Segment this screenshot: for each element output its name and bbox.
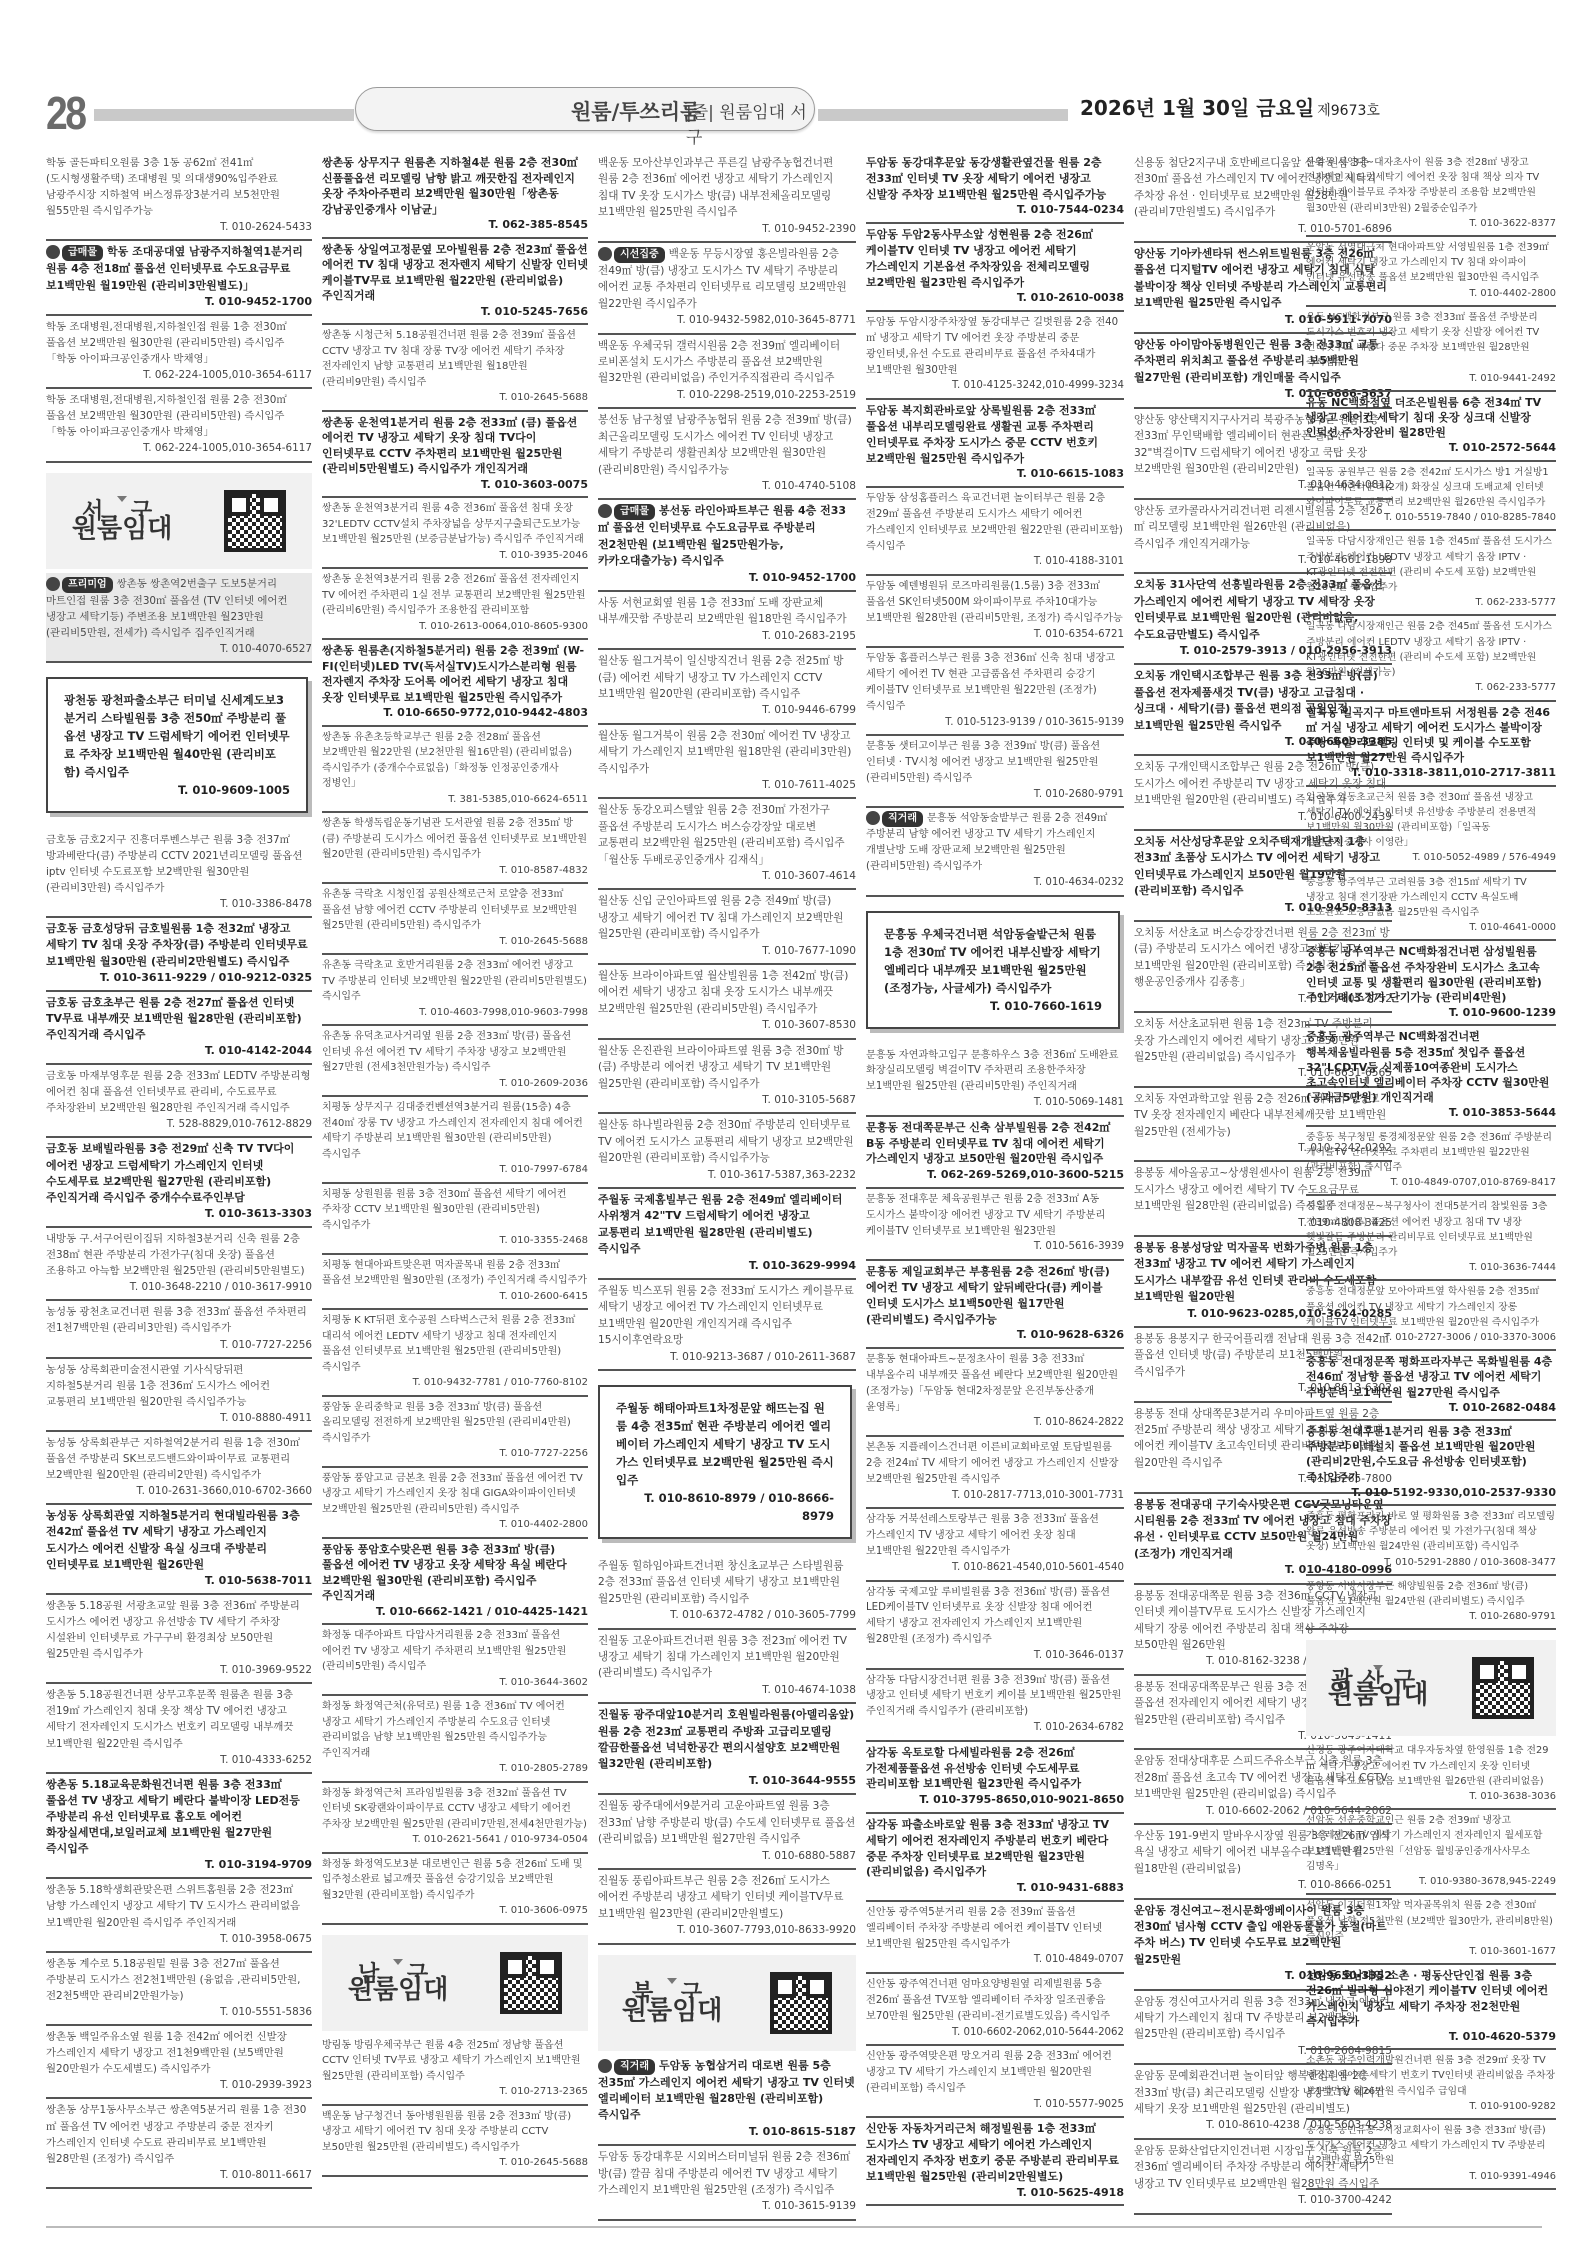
featured-ad-phone[interactable]: T. 010-9609-1005 — [64, 781, 290, 799]
ad-text: 문흥동 제일교회부근 부흥원룸 2층 전26㎡ 방(큼) 에어컨 TV 냉장고 … — [866, 1265, 1110, 1325]
ad-phone[interactable]: T. 010-3644-9555 — [598, 1773, 856, 1789]
ad-phone[interactable]: T. 010-3194-9709 — [46, 1857, 312, 1873]
classified-ad: 쌍촌동 5.18공원건너편 상무고후문쪽 원룸촌 원룸 3층 전19㎡ 가스레인… — [46, 1684, 312, 1773]
ad-phone[interactable]: T. 010-3105-5687 — [598, 1092, 856, 1108]
ad-phone[interactable]: T. 010-6880-5887 — [598, 1848, 856, 1864]
ad-phone[interactable]: T. 010-2624-5433 — [46, 219, 312, 235]
district-name: 광산구원룸임대 — [1328, 1673, 1428, 1703]
bell-icon — [598, 504, 612, 518]
ad-phone[interactable]: T. 010-4333-6252 — [46, 1752, 312, 1768]
ad-phone[interactable]: T. 010-3603-0075 — [322, 477, 588, 493]
ad-phone[interactable]: T. 010-3617-5387,363-2232 — [598, 1167, 856, 1183]
ad-phone[interactable]: T. 010-8615-5187 — [598, 2124, 856, 2140]
ad-text: 산정동 광주여자대학교 대우자동차옆 한영원룸 1층 전29㎡ 세탁기 냉장고 … — [1306, 1745, 1548, 1786]
ad-text: 소촌동 광주인력개발원건너편 원룸 3층 전29㎡ 옷장 TV 냉장고 에어컨 … — [1306, 2055, 1555, 2096]
ad-text: 중흥동 북구청밑 롱경체정문앞 원룸 2층 전36㎡ 주방분리 케이블TV 인터… — [1306, 1132, 1552, 1173]
ad-text: 진월동 고운아파트건너편 원룸 3층 전23㎡ 에어컨 TV 냉장고 세탁기 침… — [598, 1635, 847, 1680]
ad-phone[interactable]: T. 010-5638-7011 — [46, 1573, 312, 1589]
classified-ad: 풍암동 운리중학교 원룸 3층 전33㎡ 방(큼) 풀옵션 올리모델링 전전하게… — [322, 1397, 588, 1468]
ad-text: 화정동 화정역근처 프라임빌원룸 3층 전32㎡ 풀옵션 TV 인터넷 SK광랜… — [322, 1788, 587, 1830]
classified-ad: 문흥동 전대쪽문부근 신축 삼부빌원룸 2층 전42㎡ B동 주방분리 인터넷무… — [866, 1117, 1124, 1189]
ad-text: 쌍촌동 상무1동사무소부근 쌍촌역5분거리 원룸 1층 전30㎡ 풀옵션 TV … — [46, 2104, 306, 2164]
ad-text: 문흥동 자연과학고입구 문흥하우스 3층 전36㎡ 도배완료 화장실리모델링 벽… — [866, 1050, 1119, 1093]
classified-ad: 중흥동 전대후문1분거리 원룸 3층 전33㎡ 주방분리 비데설치 풀옵션 보1… — [1306, 1421, 1556, 1506]
ad-phone[interactable]: T. 010-9452-1700 — [598, 570, 856, 586]
ad-phone[interactable]: T. 010-4634-0232 — [866, 875, 1124, 891]
ad-phone[interactable]: T. 010-2634-6782 — [866, 1720, 1124, 1736]
classified-ad: 운암동 서영대근처 현대아파트앞 서영빌원룸 1층 전39㎡ 에어컨 세탁기 냉… — [1306, 237, 1556, 307]
ad-text: 유촌동 유덕초교사거리옆 원룸 2층 전33㎡ 방(큼) 풀옵션 인터넷 유선 … — [322, 1031, 571, 1073]
ad-phone[interactable]: T. 062-269-5269,010-3600-5215 — [866, 1167, 1124, 1183]
classified-ad: 중흥동 평화프라자 바로 옆 평화원룸 3층 전33㎡ 리모델링 완료 유선방송… — [1306, 1506, 1556, 1576]
ad-phone[interactable]: T. 010-7611-4025 — [598, 777, 856, 793]
classified-ad: 금호동 금호2지구 진흥더루벤스부근 원룸 3층 전37㎡ 방과베란다(큼) 주… — [46, 829, 312, 918]
classified-ad: 중흥동 전대정문~북구청사이 전대5분거리 참빛원룸 3층 전39㎡ 방(큼) … — [1306, 1196, 1556, 1281]
ad-phone[interactable]: T. 010-8587-4832 — [322, 863, 588, 879]
ad-text: 화정동 화정역근처(유덕로) 원룸 1층 전36㎡ TV 에어컨 냉장고 세탁기… — [322, 1701, 565, 1759]
classified-ad: 두암동 두암2동사무소앞 성현원룸 2층 전26㎡ 케이블TV 인터넷 TV 냉… — [866, 224, 1124, 312]
ad-text: 삼각동 다담시장건너편 원룸 3층 전39㎡ 방(큼) 풀옵션 냉장고 인터넷 … — [866, 1675, 1121, 1718]
subsection-prefix: |줄| — [686, 103, 714, 123]
ad-text: 쌍촌동 상무지구 원룸촌 지하철4분 원룸 2층 전30㎡ 신품풀옵션 리모델링… — [322, 156, 578, 216]
ad-text: 중흥동 광주역부근 NC백화점건너편 삼성빌원룸 2층 전25㎡ 풀옵션 주차장… — [1306, 945, 1542, 1004]
classified-ad: 일곡동 다담시장재인근 원룸 2층 전45㎡ 풀옵션 도시가스 주방분리 에어컨… — [1306, 616, 1556, 701]
ad-phone[interactable]: T. 010-5577-9025 — [866, 2097, 1124, 2113]
classified-ad: 송정동 농민유통~서정교회사이 원룸 3층 전33㎡ 방(큼) 도시가스 에어컨… — [1306, 2120, 1556, 2190]
classified-ad: 치평동 상원원룸 원룸 3층 전30㎡ 풀옵션 세탁기 에어컨 주차장 CCTV… — [322, 1184, 588, 1255]
featured-ad-phone[interactable]: T. 010-8610-8979 / 010-8666-8979 — [616, 1489, 834, 1525]
classified-ad: 진월동 고운아파트건너편 원룸 3층 전23㎡ 에어컨 TV 냉장고 세탁기 침… — [598, 1630, 856, 1705]
page-number: 28 — [46, 86, 84, 140]
ad-phone[interactable]: T. 381-5385,010-6624-6511 — [322, 792, 588, 808]
classified-ad: 문흥동 제일교회부근 부흥원룸 2층 전26㎡ 방(큼) 에어컨 TV 냉장고 … — [866, 1261, 1124, 1349]
ad-phone[interactable]: T. 010-9600-1239 — [1306, 1005, 1556, 1020]
ad-phone[interactable]: T. 010-2682-0484 — [1306, 1400, 1556, 1415]
ad-text: 두암동 복지회관바로앞 상록빌원룸 2층 전33㎡ 풀옵션 내부리모델링완료 생… — [866, 404, 1098, 464]
ad-phone[interactable]: T. 010-5616-3939 — [866, 1239, 1124, 1255]
ad-phone[interactable]: T. 010-5123-9139 / 010-3615-9139 — [866, 715, 1124, 731]
header-rule-left — [94, 109, 354, 121]
district-label: 북 구 — [622, 1986, 722, 2002]
ad-text: 쌍촌동 학생독립운동기념관 도서관옆 원룸 2층 전35㎡ 방(큼) 주방분리 … — [322, 818, 587, 860]
ad-badge: 프리미엄 — [62, 577, 113, 593]
ad-phone[interactable]: T. 010-2631-3660,010-6702-3660 — [46, 1483, 312, 1499]
ad-phone[interactable]: T. 010-2817-7713,010-3001-7731 — [866, 1488, 1124, 1504]
ad-phone[interactable]: T. 010-2609-2036 — [322, 1076, 588, 1092]
ad-badge: 직거래 — [614, 2059, 655, 2075]
ad-phone[interactable]: T. 010-3636-7444 — [1306, 1260, 1556, 1275]
qr-code-icon[interactable] — [224, 490, 286, 552]
ad-phone[interactable]: T. 010-3607-4614 — [598, 868, 856, 884]
ad-text: 농성동 상록회관부근 지하철역2분거리 원룸 1층 전30㎡ 풀옵션 주방분리 … — [46, 1437, 300, 1481]
classified-ad: 유촌동 극락초 시청인접 공원산책로근처 로얄층 전33㎡ 풀옵션 남향 에어컨… — [322, 884, 588, 955]
classified-ad: 두암동 삼성홈플러스 육교건너편 놀이터부근 원룸 2층 전29㎡ 풀옵션 주방… — [866, 488, 1124, 576]
ad-phone[interactable]: T. 062-233-5777 — [1306, 680, 1556, 695]
ad-text: 봉선동 남구청옆 남광주농협뒤 원룸 2층 전39㎡ 방(큼) 최근올리모델링 … — [598, 414, 852, 475]
classified-ad: 일곡동 공원부근 원룸 2층 전42㎡ 도시가스 방1 거실방1 풀옵션 베란다… — [1306, 462, 1556, 532]
classified-ad: 선암동 이지더원1차앞 먹자골목위치 원룸 2층 전30㎡ 풀옵션 남향 전5천… — [1306, 1895, 1556, 1965]
ad-phone[interactable]: T. 010-9380-3678,945-2249 — [1306, 1874, 1556, 1889]
classified-ad: 금호동 마재부영후문 원룸 2층 전33㎡ LEDTV 주방분리형 에어컨 침대… — [46, 1065, 312, 1138]
classified-ad: 유촌동 유덕초교사거리옆 원룸 2층 전33㎡ 방(큼) 풀옵션 인터넷 유선 … — [322, 1026, 588, 1097]
ad-phone[interactable]: T. 010-8624-2822 — [866, 1415, 1124, 1431]
ad-text: 운암동 서영대~대자초사이 원룸 3층 전28㎡ 냉장고 전자레인지 드럼세탁기… — [1306, 157, 1539, 214]
ad-phone[interactable]: T. 010-7997-6784 — [322, 1162, 588, 1178]
ad-phone[interactable]: T. 062-233-5777 — [1306, 595, 1556, 610]
ad-text: 일곡동 다담시장재인근 원룸 2층 전45㎡ 풀옵션 도시가스 주방분리 에어컨… — [1306, 621, 1552, 678]
ad-phone[interactable]: T. 010-6354-6721 — [866, 627, 1124, 643]
ad-text: 선암동 선운중학교인근 원룸 2층 전39㎡ 냉장고 가스레인지 TV 세탁기 … — [1306, 1815, 1542, 1872]
classified-ad: 내방동 구.서구어린이집뒤 지하철3분거리 신축 원룸 2층 전38㎡ 현관 주… — [46, 1228, 312, 1301]
bell-icon — [46, 577, 60, 591]
ad-text: 두암동 동강대후문 시외버스터미널뒤 원룸 2층 전36㎡ 방(큼) 깔끔 침대… — [598, 2151, 850, 2196]
ad-phone[interactable]: T. 010-9432-7781 / 010-7760-8102 — [322, 1375, 588, 1391]
classified-ad: 삼각동 옥토로할 다세빌라원룸 2층 전26㎡ 가전제품풀옵션 유선방송 인터넷… — [866, 1742, 1124, 1814]
ad-phone[interactable]: T. 010-8880-4911 — [46, 1410, 312, 1426]
district-label: 광산구 — [1328, 1673, 1428, 1688]
ad-text: 쌍촌동 운천역3분거리 원룸 2층 전26㎡ 풀옵션 전자레인지 TV 에어컨 … — [322, 574, 586, 616]
classified-ad: 운암동 서영대~대자초사이 원룸 3층 전28㎡ 냉장고 전자레인지 드럼세탁기… — [1306, 152, 1556, 237]
classified-ad: 풍암동 풍암호수맞은편 원룸 3층 전33㎡ 방(큼) 풀옵션 에어컨 TV 냉… — [322, 1539, 588, 1626]
header-rule-right — [818, 109, 1068, 121]
section-title: 원룸/투쓰리룸 — [571, 96, 700, 126]
ad-phone[interactable]: T. 010-9628-6326 — [866, 1327, 1124, 1343]
ad-text: 치평동 상무지구 김대중컨벤션역3분거리 원룸(15층) 4층 전40㎡ 장롱 … — [322, 1102, 583, 1160]
ad-phone[interactable]: T. 010-3644-3602 — [322, 1675, 588, 1691]
ad-phone[interactable]: T. 010-2645-5688 — [322, 934, 588, 950]
classified-ad: 쌍촌동 상무1동사무소부근 쌍촌역5분거리 원룸 1층 전30㎡ 풀옵션 TV … — [46, 2099, 312, 2188]
ad-phone[interactable]: T. 010-2939-3923 — [46, 2077, 312, 2093]
ad-phone[interactable]: T. 010-4641-0000 — [1306, 920, 1556, 935]
ad-text: 금호동 금호성당뒤 금호빌원룸 1층 전32㎡ 냉장고 세탁기 TV 침대 옷장… — [46, 922, 308, 967]
district-header: 서 구원룸임대 — [46, 473, 312, 569]
classified-ad: 일곡동 다담시장재인근 원룸 1층 전45㎡ 풀옵션 도시가스 주방분리 에어컨… — [1306, 531, 1556, 616]
ad-text: 주월동 국제홈빌부근 원룸 2층 전49㎡ 엘리베이터 사위챙겨 42"TV 드… — [598, 1193, 842, 1255]
classified-ad: 사동 서현교회옆 원룸 1층 전33㎡ 도배 장판교체 내부깨끗함 주방분리 보… — [598, 592, 856, 650]
footer-rule — [46, 2226, 1542, 2228]
ad-phone[interactable]: T. 010-2680-9791 — [866, 787, 1124, 803]
ad-text: 월산동 월그거북이 일신방직건너 원룸 2층 전25㎡ 방(큼) 에어컨 세탁기… — [598, 655, 843, 700]
ad-text: 중흥동 전대후문1분거리 원룸 3층 전33㎡ 주방분리 비데설치 풀옵션 보1… — [1306, 1425, 1536, 1484]
classified-ad: 금호동 보배빌라원룸 3층 전29㎡ 신축 TV TV다이 에어컨 냉장고 드럼… — [46, 1138, 312, 1227]
featured-ad-box: 광천동 광천파출소부근 터미널 신세계도보3분거리 스타빌원룸 3층 전50㎡ … — [46, 677, 308, 813]
ad-phone[interactable]: T. 010-2680-9791 — [1306, 1609, 1556, 1624]
classified-ad: 유동 NC백화점옆 더조은빌원룸 6층 전34㎡ TV 냉장고 에어컨 세탁기 … — [1306, 392, 1556, 462]
ad-phone[interactable]: T. 010-3613-3303 — [46, 1206, 312, 1222]
ad-text: 문흥동 현대아파트~문정초사이 원룸 3층 전33㎡ 내부올수리 내부깨끗 풀옵… — [866, 1354, 1118, 1412]
ad-text: 두암동 삼성홈플러스 육교건너편 놀이터부근 원룸 2층 전29㎡ 풀옵션 주방… — [866, 493, 1123, 551]
classified-ad: 학동 조대병원,전대병원,지하철인접 원룸 2층 전30㎡ 풀옵션 보2백만원 … — [46, 389, 312, 462]
ad-text: 치평동 현대아파트맞은편 먹자골목내 원룸 2층 전33㎡ 풀옵션 보2백만원 … — [322, 1260, 587, 1287]
ad-text: 쌍촌동 5.18교육문화원건너편 원룸 3층 전33㎡ 풀옵션 TV 냉장고 세… — [46, 1778, 300, 1855]
classified-ad: 신안동 자동차거리근처 해정빌원룸 1층 전33㎡ 도시가스 TV 냉장고 세탁… — [866, 2118, 1124, 2206]
ad-phone[interactable]: T. 010-9452-1700 — [46, 294, 312, 310]
ad-text: 진월동 광주대에서9분거리 고운아파트옆 원룸 3층 전33㎡ 남향 주방분리 … — [598, 1800, 855, 1845]
date-text: 2026년 1월 30일 금요일 — [1080, 96, 1314, 120]
ad-text: 금호동 금호초부근 원룸 2층 전27㎡ 풀옵션 인터넷 TV무료 내부깨끗 보… — [46, 996, 302, 1041]
classified-ad: 백운동 모아산부인과부근 푸른길 남광주농협건너편 원룸 2층 전36㎡ 에어컨… — [598, 152, 856, 243]
ad-phone[interactable]: T. 010-4188-3101 — [866, 554, 1124, 570]
ad-phone[interactable]: T. 010-5519-7840 / 010-8285-7840 — [1306, 510, 1556, 525]
ad-phone[interactable]: T. 010-2572-5644 — [1306, 440, 1556, 455]
classified-ad: 일곡동 일곡지구 마트앤마트뒤 서정원룸 2층 전46㎡ 거실 냉장고 세탁기 … — [1306, 702, 1556, 787]
ad-phone[interactable]: T. 010-9213-3687 / 010-2611-3687 — [598, 1349, 856, 1365]
classified-ad: 치평동 상무지구 김대중컨벤션역3분거리 원룸(15층) 4층 전40㎡ 장롱 … — [322, 1097, 588, 1184]
ad-phone[interactable]: T. 010-6615-1083 — [866, 466, 1124, 482]
ad-phone[interactable]: T. 010-5291-2880 / 010-3608-3477 — [1306, 1555, 1556, 1570]
classified-ad: 금호동 금호성당뒤 금호빌원룸 1층 전32㎡ 냉장고 세탁기 TV 침대 옷장… — [46, 918, 312, 991]
classified-ad: 시선집중백운동 무등시장옆 홍은빌라원룸 2층 전49㎡ 방(큼) 냉장고 도시… — [598, 243, 856, 335]
classified-ad: 진월동 광주대앞10분거리 호원빌라원룸(아델리움앞) 원룸 2층 전23㎡ 교… — [598, 1704, 856, 1795]
ad-text: 진월동 풍림아파트부근 원룸 2층 전26㎡ 도시가스 에어컨 주방분리 냉장고… — [598, 1875, 843, 1920]
classified-ad: 백운동 남구청건너 동아병원원룸 원룸 2층 전33㎡ 방(큼) 냉장고 세탁기… — [322, 2106, 588, 2177]
ad-phone[interactable]: T. 010-6602-2062,010-5644-2062 — [866, 2025, 1124, 2041]
ad-phone[interactable]: T. 010-7727-2256 — [322, 1446, 588, 1462]
ad-text: 삼각동 파출소바로앞 원룸 3층 전33㎡ 냉장고 TV 세탁기 에어컨 전자레… — [866, 1818, 1109, 1878]
classified-ad: 일곡동 일동초교근처 원룸 3층 전30㎡ 풀옵션 냉장고 세탁기 TV 에어컨… — [1306, 787, 1556, 872]
ad-phone[interactable]: T. 010-3622-8377 — [1306, 216, 1556, 231]
classified-ad: 월산동 브라이아파트옆 월산빌원룸 1층 전42㎡ 방(큼) 에어컨 세탁기 냉… — [598, 965, 856, 1040]
ad-text: 신안동 자동차거리근처 해정빌원룸 1층 전33㎡ 도시가스 TV 냉장고 세탁… — [866, 2122, 1119, 2182]
bell-icon — [866, 811, 880, 825]
classified-ad: 삼각동 파출소바로앞 원룸 3층 전33㎡ 냉장고 TV 세탁기 에어컨 전자레… — [866, 1814, 1124, 1902]
ad-phone[interactable]: T. 010-8621-4540,010-5601-4540 — [866, 1560, 1124, 1576]
classified-ad: 산정동 광주여자대학교 대우자동차옆 한영원룸 1층 전29㎡ 세탁기 냉장고 … — [1306, 1740, 1556, 1810]
classified-ad: 프리미엄쌍촌동 쌍촌역2번출구 도보5분거리 마트인접 원룸 3층 전30㎡ 풀… — [46, 573, 312, 663]
ad-phone[interactable]: T. 010-5192-9330,010-2537-9330 — [1306, 1485, 1556, 1500]
classified-ad: 쌍촌동 운천역3분거리 원룸 2층 전26㎡ 풀옵션 전자레인지 TV 에어컨 … — [322, 569, 588, 640]
classified-ad: 월산동 동강오피스텔앞 원룸 2층 전30㎡ 가전가구 풀옵션 주방분리 도시가… — [598, 799, 856, 890]
ad-phone[interactable]: T. 010-3958-0675 — [46, 1931, 312, 1947]
ad-phone[interactable]: T. 010-3615-9139 — [598, 2198, 856, 2214]
ad-phone[interactable]: T. 010-6372-4782 / 010-3605-7799 — [598, 1607, 856, 1623]
section-banner: 원룸/투쓰리룸 |줄| 원룸임대 서구 — [355, 87, 815, 131]
ad-text: 일곡동 일곡지구 마트앤마트뒤 서정원룸 2층 전46㎡ 거실 냉장고 세탁기 … — [1306, 706, 1550, 765]
ad-text: 신안동 광주역5분거리 원룸 2층 전39㎡ 풀옵션 엘리베이터 주차장 주방분… — [866, 1907, 1102, 1950]
ad-phone[interactable]: T. 062-224-1005,010-3654-6117 — [46, 440, 312, 456]
ad-phone[interactable]: T. 010-7727-2256 — [46, 1337, 312, 1353]
ad-phone[interactable]: T. 010-9452-2390 — [598, 221, 856, 237]
classified-ad: 봉선동 남구청옆 남광주농협뒤 원룸 2층 전39㎡ 방(큼) 최근올리모델링 … — [598, 409, 856, 500]
ad-phone[interactable]: T. 010-2805-2789 — [322, 1761, 588, 1777]
ad-phone[interactable]: T. 010-9432-5982,010-3645-8771 — [598, 312, 856, 328]
ad-phone[interactable]: T. 010-2727-3006 / 010-3370-3006 — [1306, 1330, 1556, 1345]
classified-ad: 쌍촌동 학생독립운동기념관 도서관옆 원룸 2층 전35㎡ 방(큼) 주방분리 … — [322, 813, 588, 884]
classified-ad: 선암동 호남대옆 소촌 · 평동산단인접 원룸 3층 전26㎡ 빌라형 심야전기… — [1306, 1965, 1556, 2050]
ad-phone[interactable]: T. 010-9441-2492 — [1306, 371, 1556, 386]
ad-phone[interactable]: T. 010-9100-9282 — [1306, 2099, 1556, 2114]
ad-text: 사동 서현교회옆 원룸 1층 전33㎡ 도배 장판교체 내부깨끗함 주방분리 보… — [598, 597, 847, 625]
ad-phone[interactable]: T. 010-9391-4946 — [1306, 2169, 1556, 2184]
ad-text: 유동 NC백화점부근 원룸 3층 전33㎡ 풀옵션 주방분리 도시가스 번호키 … — [1306, 312, 1539, 369]
classified-ad: 문흥동 자연과학고입구 문흥하우스 3층 전36㎡ 도배완료 화장실리모델링 벽… — [866, 1045, 1124, 1117]
subsection-title: |줄| 원룸임대 서구 — [686, 98, 814, 148]
ad-phone[interactable]: T. 010-4402-2800 — [322, 1517, 588, 1533]
ad-text: 백운동 모아산부인과부근 푸른길 남광주농협건너편 원룸 2층 전36㎡ 에어컨… — [598, 157, 833, 218]
classified-ad: 풍암동 풍암고교 금본초 원룸 2층 전33㎡ 풀옵션 에어컨 TV 냉장고 세… — [322, 1468, 588, 1539]
classified-ad: 진월동 광주대에서9분거리 고운아파트옆 원룸 3층 전33㎡ 남향 주방분리 … — [598, 1795, 856, 1870]
classified-ad: 본촌동 지플레이스건너편 이른비교회바로옆 토담빌원룸 2층 전24㎡ TV 세… — [866, 1437, 1124, 1509]
ad-text: 주월동 힐하임아파트건너편 창신초교부근 스타빌원룸 2층 전33㎡ 풀옵션 인… — [598, 1560, 843, 1605]
ad-badge: 시선집중 — [614, 247, 665, 263]
classified-ad: 중흥동 북구청밑 롱경체정문앞 원룸 2층 전36㎡ 주방분리 케이블TV 인터… — [1306, 1127, 1556, 1197]
ad-text: 중흥동 전대정문~북구청사이 전대5분거리 참빛원룸 3층 전39㎡ 방(큼) … — [1306, 1201, 1547, 1258]
qr-code-icon[interactable] — [770, 1972, 832, 2034]
ad-text: 문흥동 샛터고이부근 원룸 3층 전39㎡ 방(큼) 풀옵션 인터넷 · TV시… — [866, 741, 1100, 784]
ad-text: 신안동 광주역맞은편 망오거리 원룸 2층 전33㎡ 에어컨 냉장고 TV 세탁… — [866, 2051, 1112, 2094]
ad-phone[interactable]: T. 010-5551-5836 — [46, 2004, 312, 2020]
ad-phone[interactable]: T. 010-2610-0038 — [866, 290, 1124, 306]
ad-phone[interactable]: T. 010-5069-1481 — [866, 1095, 1124, 1111]
ad-text: 학동 조대병원,전대병원,지하철인접 원룸 1층 전30㎡ 풀옵션 보2백만원 … — [46, 321, 287, 365]
classified-ad: 문흥동 샛터고이부근 원룸 3층 전39㎡ 방(큼) 풀옵션 인터넷 · TV시… — [866, 736, 1124, 808]
ad-phone[interactable]: T. 010-3611-9229 / 010-9212-0325 — [46, 970, 312, 986]
classified-ad: 신안동 광주역맞은편 망오거리 원룸 2층 전33㎡ 에어컨 냉장고 TV 세탁… — [866, 2046, 1124, 2118]
ad-phone[interactable]: T. 010-9431-6883 — [866, 1880, 1124, 1896]
ad-phone[interactable]: T. 010-3648-2210 / 010-3617-9910 — [46, 1279, 312, 1295]
ad-phone[interactable]: T. 010-4142-2044 — [46, 1043, 312, 1059]
ad-text: 쌍촌동 계수로 5.18공원밑 원룸 3층 전27㎡ 풀옵션 주방분리 도시가스… — [46, 1958, 301, 2002]
ad-phone[interactable]: T. 010-2621-5641 / 010-9734-0504 — [322, 1832, 588, 1848]
ad-phone[interactable]: T. 528-8829,010-7612-8829 — [46, 1116, 312, 1132]
ad-phone[interactable]: T. 010-4849-0707 — [866, 1952, 1124, 1968]
ad-phone[interactable]: T. 010-7677-1090 — [598, 943, 856, 959]
ad-phone[interactable]: T. 010-3601-1677 — [1306, 1944, 1556, 1959]
ad-phone[interactable]: T. 010-3795-8650,010-9021-8650 — [866, 1792, 1124, 1808]
ad-text: 중흥동 평화프라자 바로 옆 평화원룸 3층 전33㎡ 리모델링 완료 유선방송… — [1306, 1511, 1555, 1552]
ad-phone[interactable]: T. 010-4070-6527 — [46, 641, 312, 657]
ad-phone[interactable]: T. 010-2713-2365 — [322, 2084, 588, 2100]
classified-ad: 쌍촌동 5.18공원 서광초교앞 원룸 3층 전36㎡ 주방분리 도시가스 에어… — [46, 1595, 312, 1684]
featured-ad-phone[interactable]: T. 010-7660-1619 — [884, 997, 1102, 1015]
ad-phone[interactable]: T. 010-2645-5688 — [322, 390, 588, 406]
ad-phone[interactable]: T. 010-2683-2195 — [598, 628, 856, 644]
classified-ad: 쌍촌동 계수로 5.18공원밑 원룸 3층 전27㎡ 풀옵션 주방분리 도시가스… — [46, 1953, 312, 2026]
ad-phone[interactable]: T. 010-3629-9994 — [598, 1258, 856, 1274]
ad-phone[interactable]: T. 010-3318-3811,010-2717-3811 — [1306, 765, 1556, 780]
ad-phone[interactable]: T. 010-2298-2519,010-2253-2519 — [598, 387, 856, 403]
classified-ad: 삼각동 다담시장건너편 원룸 3층 전39㎡ 방(큼) 풀옵션 냉장고 인터넷 … — [866, 1670, 1124, 1742]
featured-ad-text: 주월동 해태아파트1차정문앞 해뜨는집 원룸 4층 전35㎡ 현관 주방분리 에… — [616, 1401, 834, 1487]
classified-ad: 학동 골든파티오원룸 3층 1동 공62㎡ 전41㎡ (도시형생활주택) 조대병… — [46, 152, 312, 241]
ad-phone[interactable]: T. 010-4740-5108 — [598, 478, 856, 494]
ad-phone[interactable]: T. 010-4125-3242,010-4999-3234 — [866, 378, 1124, 394]
ad-phone[interactable]: T. 010-6662-1421 / 010-4425-1421 — [322, 1604, 588, 1620]
ad-text: 진월동 광주대앞10분거리 호원빌라원룸(아델리움앞) 원룸 2층 전23㎡ 교… — [598, 1708, 854, 1770]
ad-text: 문흥동 전대후문 체육공원부근 원룸 2층 전33㎡ A동 도시가스 붙박이장 … — [866, 1194, 1105, 1237]
qr-code-icon[interactable] — [1472, 1657, 1534, 1719]
classified-ad: 두암동 동강대후문앞 동강생활관옆건물 원룸 2층 전33㎡ 인터넷 TV 옷장… — [866, 152, 1124, 224]
ad-phone[interactable]: T. 010-3638-3036 — [1306, 1789, 1556, 1804]
classified-ad: 쌍촌동 상일여고정문옆 모아빌원룸 2층 전23㎡ 풀옵션 에어컨 TV 침대 … — [322, 239, 588, 326]
classified-ad: 쌍촌동 원룸촌(지하철5분거리) 원룸 2층 전39㎡ (W-FI(인터넷)LE… — [322, 640, 588, 727]
ad-text: 유동 NC백화점옆 더조은빌원룸 6층 전34㎡ TV 냉장고 에어컨 세탁기 … — [1306, 396, 1541, 439]
ad-phone[interactable]: T. 010-9446-6799 — [598, 702, 856, 718]
classified-ad: 문흥동 현대아파트~문정초사이 원룸 3층 전33㎡ 내부올수리 내부깨끗 풀옵… — [866, 1349, 1124, 1437]
ad-phone[interactable]: T. 010-3646-0137 — [866, 1648, 1124, 1664]
ad-phone[interactable]: T. 010-4603-7998,010-9603-7998 — [322, 1005, 588, 1021]
ad-phone[interactable]: T. 010-5052-4989 / 576-4949 — [1306, 850, 1556, 865]
ad-text: 유촌동 극락초 시청인접 공원산책로근처 로얄층 전33㎡ 풀옵션 남향 에어컨… — [322, 889, 577, 931]
ad-text: 농성동 광천초교건너편 원룸 3층 전33㎡ 풀옵션 주차편리 전1천7백만원 … — [46, 1306, 307, 1334]
ad-text: 두암동 두암시장주차장옆 동강대부근 길벗원룸 2층 전40㎡ 냉장고 세탁기 … — [866, 317, 1118, 375]
ad-badge: 급매물 — [614, 504, 655, 520]
ad-phone[interactable]: T. 010-4402-2800 — [1306, 286, 1556, 301]
ad-phone[interactable]: T. 062-224-1005,010-3654-6117 — [46, 367, 312, 383]
classified-ad: 화정동 화정역도보3분 대로변인근 원룸 5층 전26㎡ 도배 및 입주청소완료… — [322, 1854, 588, 1925]
ad-badge: 급매물 — [62, 245, 103, 261]
ad-text: 쌍촌동 유촌초등학교부근 원룸 2층 전28㎡ 풀옵션 보2백만원 월22만원 … — [322, 732, 572, 790]
ad-text: 화정동 대주아파트 다압사거리원룸 2층 전33㎡ 풀옵션 에어컨 TV 냉장고… — [322, 1630, 566, 1672]
ad-phone[interactable]: T. 010-3853-5644 — [1306, 1105, 1556, 1120]
ad-phone[interactable]: T. 010-7544-0234 — [866, 202, 1124, 218]
district-label: 서 구 — [72, 504, 172, 520]
classified-ad: 풍향동 서방시장부근 해양빌원룸 2층 전36㎡ 방(큼) 풀옵션 보1백만원 … — [1306, 1576, 1556, 1631]
masthead: 28 원룸/투쓰리룸 |줄| 원룸임대 서구 2026년 1월 30일 금요일제… — [0, 60, 1588, 140]
ad-phone[interactable]: T. 010-4620-5379 — [1306, 2029, 1556, 2044]
classified-ad: 주월동 빅스포뒤 원룸 2층 전33㎡ 도시가스 케이블무료 세탁기 냉장고 에… — [598, 1280, 856, 1371]
ad-phone[interactable]: T. 010-3607-7793,010-8633-9920 — [598, 1922, 856, 1938]
district-name: 서 구원룸임대 — [72, 504, 172, 536]
ad-phone[interactable]: T. 062-385-8545 — [322, 217, 588, 233]
ad-text: 월산동 신입 군인아파트옆 원룸 2층 전49㎡ 방(큼) 냉장고 세탁기 에어… — [598, 895, 843, 940]
classified-ad: 선암동 선운중학교인근 원룸 2층 전39㎡ 냉장고 가스레인지 TV 세탁기 … — [1306, 1810, 1556, 1895]
classified-ad: 치평동 현대아파트맞은편 먹자골목내 원룸 2층 전33㎡ 풀옵션 보2백만원 … — [322, 1255, 588, 1311]
classified-ad: 화정동 대주아파트 다압사거리원룸 2층 전33㎡ 풀옵션 에어컨 TV 냉장고… — [322, 1625, 588, 1696]
featured-ad-box: 문흥동 우체국건너편 석암동술밭근처 원룸 1층 전30㎡ TV 에어컨 내부신… — [866, 911, 1120, 1029]
ad-text: 일곡동 일동초교근처 원룸 3층 전30㎡ 풀옵션 냉장고 세탁기 TV 에어컨… — [1306, 792, 1536, 849]
ad-phone[interactable]: T. 010-2600-6415 — [322, 1289, 588, 1305]
ad-phone[interactable]: T. 010-4849-0707,010-8769-8417 — [1306, 1175, 1556, 1190]
ad-text: 쌍촌동 백일주유소옆 원룸 1층 전42㎡ 에어컨 신발장 가스레인지 세탁기 … — [46, 2031, 287, 2075]
classified-ad: 쌍촌동 운천역1분거리 원룸 2층 전33㎡ (큼) 풀옵션 에어컨 TV 냉장… — [322, 412, 588, 499]
ad-phone[interactable]: T. 010-5625-4918 — [866, 2185, 1124, 2201]
ad-phone[interactable]: T. 010-3969-9522 — [46, 1662, 312, 1678]
ad-text: 두암동 홈플러스부근 원룸 3층 전36㎡ 신축 침대 냉장고 세탁기 에어컨 … — [866, 653, 1115, 711]
classified-ad: 학동 조대병원,전대병원,지하철인접 원룸 1층 전30㎡ 풀옵션 보2백만원 … — [46, 316, 312, 389]
ad-text: 쌍촌동 운천역3분거리 원룸 4층 전36㎡ 풀옵션 침대 옷장 32'LEDT… — [322, 503, 584, 545]
classified-ad: 중흥동 전대정문앞 모아아파트옆 학사원룸 2층 전35㎡ 풀옵션 에어컨 TV… — [1306, 1281, 1556, 1351]
ad-text: 중흥동 광주역부근 고려원룸 3층 전15㎡ 세탁기 TV 냉장고 침대 전기장… — [1306, 877, 1527, 918]
ad-text: 학동 골든파티오원룸 3층 1동 공62㎡ 전41㎡ (도시형생활주택) 조대병… — [46, 157, 280, 217]
classified-ad: 월산동 하나빌라원룸 2층 전30㎡ 주방분리 인터넷무료 TV 에어컨 도시가… — [598, 1114, 856, 1189]
qr-code-icon[interactable] — [500, 1952, 562, 2014]
ad-phone[interactable]: T. 010-3386-8478 — [46, 896, 312, 912]
ad-phone[interactable]: T. 010-8011-6617 — [46, 2167, 312, 2183]
ad-phone[interactable]: T. 010-5245-7656 — [322, 304, 588, 320]
ad-phone[interactable]: T. 010-3935-2046 — [322, 548, 588, 564]
classified-ad: 월산동 월그거북이 일신방직건너 원룸 2층 전25㎡ 방(큼) 에어컨 세탁기… — [598, 650, 856, 725]
ad-phone[interactable]: T. 010-3607-8530 — [598, 1017, 856, 1033]
ad-text: 두암동 동강대후문앞 동강생활관옆건물 원룸 2층 전33㎡ 인터넷 TV 옷장… — [866, 156, 1106, 201]
ad-phone[interactable]: T. 010-3355-2468 — [322, 1233, 588, 1249]
ad-text: 중흥동 광주역부근 NC백화점건너편 행복채움빌라원룸 5층 전35㎡ 첫입주 … — [1306, 1030, 1549, 1104]
issue-date: 2026년 1월 30일 금요일제9673호 — [1080, 92, 1380, 121]
ad-phone[interactable]: T. 010-6650-9772,010-9442-4803 — [322, 705, 588, 721]
classified-ad: 치평동 K KT뒤편 호수공원 스타벅스근처 원룸 2층 전33㎡ 대리석 에어… — [322, 1310, 588, 1397]
ad-text: 쌍촌동 시청근처 5.18공원건너편 원룸 2층 전39㎡ 풀옵션 CCTV 냉… — [322, 330, 576, 388]
ad-phone[interactable]: T. 010-3606-0975 — [322, 1903, 588, 1919]
ad-phone[interactable]: T. 010-2613-0064,010-8605-9300 — [322, 619, 588, 635]
classified-ad: 두암동 동강대후문 시외버스터미널뒤 원룸 2층 전36㎡ 방(큼) 깔끔 침대… — [598, 2146, 856, 2221]
column-1: 학동 골든파티오원룸 3층 1동 공62㎡ 전41㎡ (도시형생활주택) 조대병… — [46, 152, 312, 2189]
classified-ad: 월산동 신입 군인아파트옆 원룸 2층 전49㎡ 방(큼) 냉장고 세탁기 에어… — [598, 890, 856, 965]
classified-ad: 두암동 두암시장주차장옆 동강대부근 길벗원룸 2층 전40㎡ 냉장고 세탁기 … — [866, 312, 1124, 400]
ad-phone[interactable]: T. 010-3700-4242 — [1134, 2192, 1392, 2208]
ad-phone[interactable]: T. 010-2645-5688 — [322, 2155, 588, 2171]
ad-text: 송정동 농민유통~서정교회사이 원룸 3층 전33㎡ 방(큼) 도시가스 에어컨… — [1306, 2125, 1546, 2166]
ad-phone[interactable]: T. 010-4674-1038 — [598, 1682, 856, 1698]
